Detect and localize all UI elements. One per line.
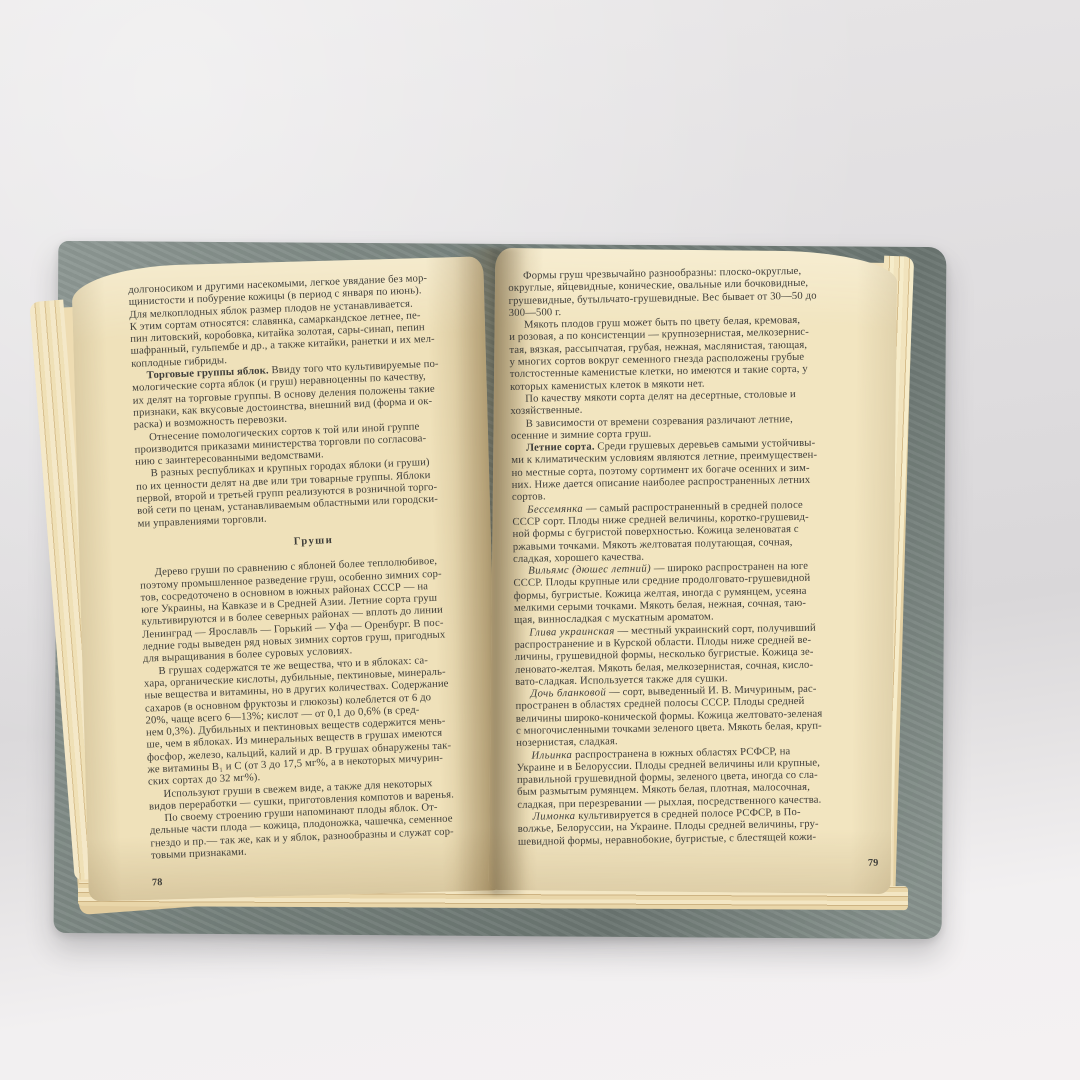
- paragraph-body: Мякоть плодов груш может быть по цвету б…: [509, 314, 809, 393]
- paragraph: Дочь бланковой — сорт, выведенный И. В. …: [515, 681, 902, 749]
- paragraph: Формы груш чрезвычайно разнообразны: пло…: [508, 263, 895, 319]
- paragraph-body: Формы груш чрезвычайно разнообразны: пло…: [508, 265, 817, 319]
- backdrop: долгоносиком и другими насекомыми, легко…: [0, 0, 1080, 1080]
- paragraph: долгоносиком и другими насекомыми, легко…: [128, 270, 481, 370]
- paragraph-body: Дерево груши по сравнению с яблоней боле…: [140, 555, 446, 665]
- section-heading: Груши: [138, 528, 488, 554]
- paragraph-body: долгоносиком и другими насекомыми, легко…: [128, 272, 435, 370]
- paragraph: Вильямс (дюшес летний) — широко распрост…: [513, 558, 900, 626]
- paragraph: В разных республиках и крупных городах я…: [135, 454, 487, 529]
- paragraph: Дерево груши по сравнению с яблоней боле…: [139, 553, 493, 665]
- paragraph-lead: Ильинка: [531, 749, 572, 762]
- paragraph: Мякоть плодов груш может быть по цвету б…: [509, 312, 896, 393]
- left-page-text: долгоносиком и другими насекомыми, легко…: [128, 270, 502, 890]
- paragraph: Ильинка распространена в южных областях …: [516, 743, 903, 811]
- right-page-paragraphs: Формы груш чрезвычайно разнообразны: пло…: [508, 263, 904, 848]
- paragraph-body: В разных республиках и крупных городах я…: [136, 456, 438, 529]
- paragraph: Летние сорта. Среди грушевых деревьев са…: [511, 435, 898, 503]
- paragraph-lead: Бессемянка: [527, 502, 583, 515]
- paragraph: Лимонка культивируется в средней полосе …: [517, 804, 904, 848]
- paragraph-lead: Глива украинская: [529, 625, 615, 638]
- paragraph: В грушах содержатся те же вещества, что …: [143, 651, 498, 788]
- paragraph-lead: Лимонка: [532, 810, 575, 823]
- paragraph-body: В грушах содержатся те же вещества, что …: [144, 654, 452, 788]
- left-page-paragraphs: долгоносиком и другими насекомыми, легко…: [128, 270, 501, 862]
- paragraph: Бессемянка — самый распространенный в ср…: [512, 497, 899, 565]
- paragraph-lead: Летние сорта.: [526, 441, 595, 454]
- paragraph-body: По своему строению груши напоминают плод…: [150, 801, 454, 861]
- paragraph: Глива украинская — местный украинский со…: [514, 620, 901, 688]
- right-page-text: Формы груш чрезвычайно разнообразны: пло…: [508, 263, 905, 876]
- paragraph-lead: Дочь бланковой: [530, 686, 606, 699]
